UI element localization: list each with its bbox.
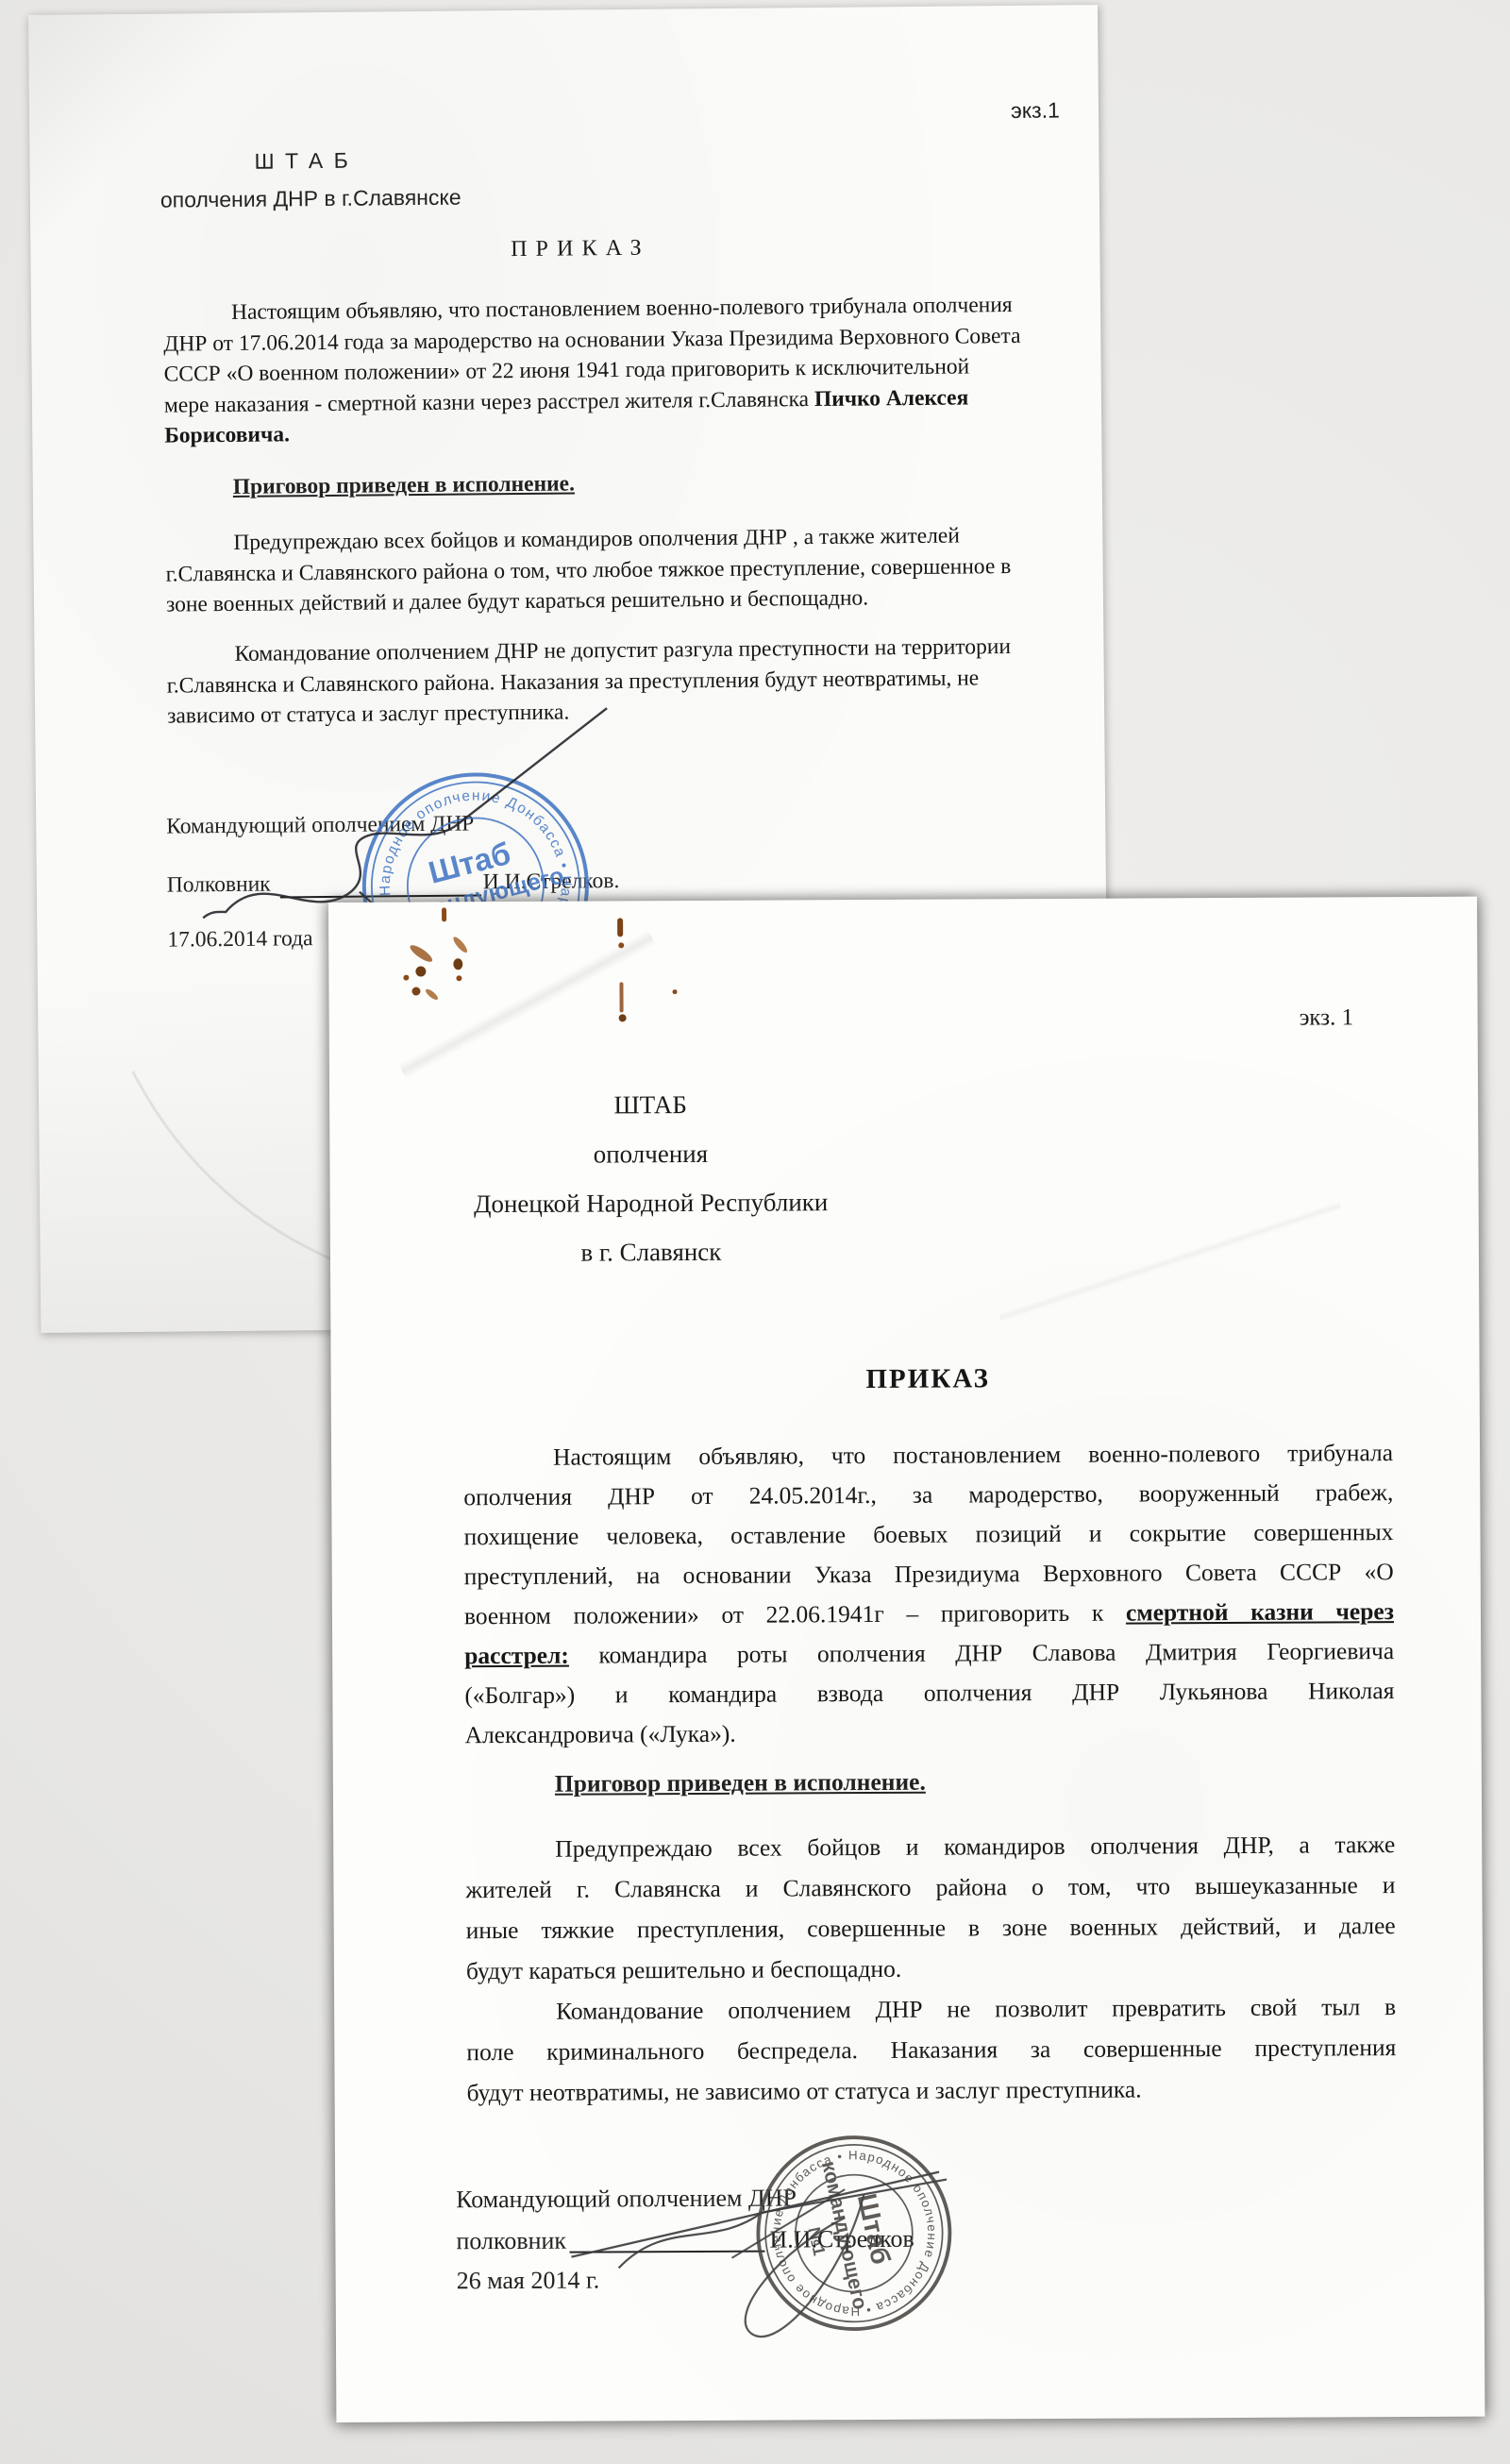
paper-crease (398, 930, 656, 1079)
paragraph-line: военном положении» от 22.06.1941г – приг… (464, 1592, 1394, 1636)
headquarters-subtitle: ополчения ДНР в г.Славянске (160, 185, 461, 213)
commander-rank: Полковник (167, 872, 271, 899)
order-paragraph: Настоящим объявляю, что постановлением в… (163, 289, 1090, 451)
paragraph-line: будут караться решительно и беспощадно. (466, 1946, 1396, 1991)
paper-crease-line (133, 1070, 352, 1270)
convict-name: Пичко Алексея (814, 385, 969, 412)
sentence-highlight: расстрел: (464, 1642, 569, 1670)
paragraph-line: расстрел: командира роты ополчения ДНР С… (464, 1631, 1394, 1676)
paragraph-line: Командование ополчением ДНР не позволит … (466, 1986, 1396, 2032)
signature-stroke (745, 2195, 864, 2337)
ink-stain (617, 918, 623, 937)
ink-stain (619, 982, 623, 1012)
paragraph-line: ополчения ДНР от 24.05.2014г., за мароде… (463, 1473, 1393, 1517)
ink-stain (403, 975, 409, 981)
headquarters-line: в г. Славянск (387, 1226, 915, 1278)
ink-stain (451, 935, 469, 954)
paper-crease (998, 1201, 1342, 1323)
execution-notice: Приговор приведен в исполнение. (555, 1768, 926, 1798)
headquarters-title: ШТАБ (386, 1079, 914, 1131)
ink-stain (456, 975, 461, 981)
order-title: ПРИКАЗ (153, 232, 1007, 266)
order-paragraph: Предупреждаю всех бойцов и командиров оп… (165, 519, 1091, 620)
order-paragraph: Настоящим объявляю, что постановлением в… (463, 1433, 1395, 1755)
commander-name: И.И.Стрелков (769, 2225, 914, 2254)
paragraph-line: Предупреждаю всех бойцов и командиров оп… (465, 1824, 1395, 1869)
commander-title: Командующий ополчением ДНР (166, 812, 474, 840)
paragraph-line: иные тяжкие преступления, совершенные в … (466, 1905, 1396, 1950)
paragraph-line: поле криминального беспредела. Наказания… (466, 2027, 1396, 2072)
headquarters-block: ШТАБ ополчения Донецкой Народной Республ… (386, 1079, 915, 1278)
ink-stain (618, 942, 624, 948)
commander-rank: полковник (456, 2227, 566, 2256)
document-page-2: экз. 1 ШТАБ ополчения Донецкой Народной … (328, 897, 1485, 2422)
order-date: 17.06.2014 года (167, 926, 312, 953)
headquarters-title: ШТАБ (254, 148, 359, 175)
ink-stain (415, 966, 426, 976)
ink-stain (442, 907, 446, 921)
sentence-highlight: смертной казни через (1126, 1597, 1394, 1626)
copy-number-label: экз.1 (1011, 98, 1060, 124)
ink-stain (408, 942, 434, 964)
order-date: 26 мая 2014 г. (457, 2267, 600, 2296)
paragraph-line: («Болгар») и командира взвода ополчения … (464, 1671, 1394, 1715)
headquarters-line: Донецкой Народной Республики (387, 1177, 915, 1229)
commander-title: Командующий ополчением ДНР (456, 2184, 797, 2214)
copy-number-label: экз. 1 (1300, 1004, 1354, 1031)
ink-stain (453, 958, 462, 970)
paragraph-line: преступлений, на основании Указа Президи… (464, 1552, 1394, 1596)
ink-stain (619, 1014, 627, 1021)
order-paragraph: Командование ополчением ДНР не позволит … (466, 1986, 1397, 2113)
order-paragraph: Предупреждаю всех бойцов и командиров оп… (465, 1824, 1396, 1991)
ink-stain (672, 989, 677, 994)
ink-stain (424, 987, 439, 1002)
paragraph-line: Александровича («Лука»). (465, 1711, 1395, 1755)
signature-ruled-line (569, 2224, 764, 2253)
order-title: ПРИКАЗ (463, 1361, 1393, 1397)
order-paragraph: Командование ополчением ДНР не допустит … (166, 631, 1092, 732)
headquarters-line: ополчения (386, 1128, 914, 1180)
commander-name: И.И.Стрелков. (483, 869, 620, 895)
scan-canvas: { "doc1": { "copy_label": "экз.1", "hq_l… (0, 0, 1510, 2464)
execution-notice: Приговор приведен в исполнение. (233, 471, 575, 499)
paragraph-line: жителей г. Славянска и Славянского район… (465, 1865, 1395, 1910)
ink-stain (411, 987, 420, 995)
paragraph-line: Настоящим объявляю, что постановлением в… (463, 1433, 1393, 1477)
signature-ruled-line (280, 868, 481, 898)
paragraph-line: похищение человека, оставление боевых по… (463, 1512, 1393, 1557)
paragraph-line: будут неотвратимы, не зависимо от статус… (466, 2067, 1396, 2113)
